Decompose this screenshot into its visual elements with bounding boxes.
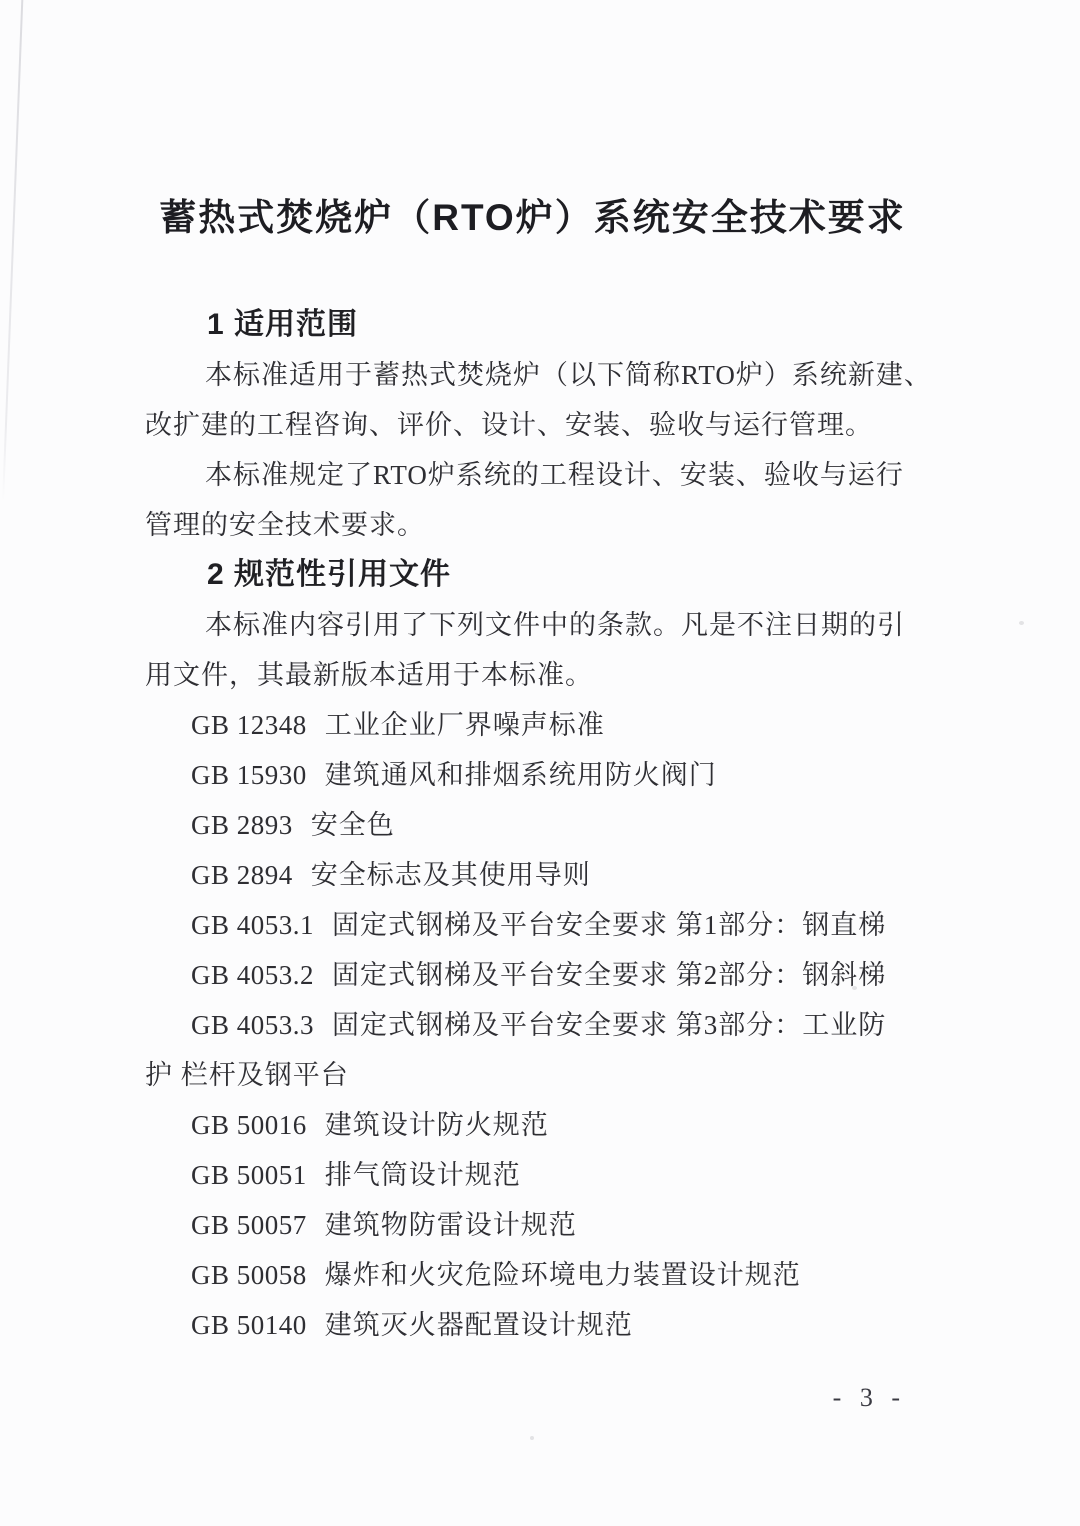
reference-code: GB 2894 [191, 860, 293, 890]
document-page: 蓄热式焚烧炉（RTO炉）系统安全技术要求 1 适用范围 本标准适用于蓄热式焚烧炉… [0, 0, 1080, 1526]
reference-name: 固定式钢梯及平台安全要求 第2部分：钢斜梯 [332, 960, 886, 990]
reference-code: GB 50016 [191, 1110, 307, 1140]
document-title: 蓄热式焚烧炉（RTO炉）系统安全技术要求 [145, 188, 920, 248]
reference-code: GB 15930 [191, 760, 307, 790]
reference-code: GB 4053.3 [191, 1010, 314, 1040]
reference-item: GB 50016建筑设计防火规范 [145, 1100, 920, 1150]
section-1-heading: 1 适用范围 [145, 300, 920, 350]
reference-item: GB 12348工业企业厂界噪声标准 [145, 700, 920, 750]
reference-code: GB 4053.2 [191, 960, 314, 990]
section-2-paragraph-1-line-1: 本标准内容引用了下列文件中的条款。凡是不注日期的引 [145, 600, 920, 650]
reference-code: GB 4053.1 [191, 910, 314, 940]
reference-code: GB 50051 [191, 1160, 307, 1190]
section-1-paragraph-2-line-2: 管理的安全技术要求。 [145, 500, 920, 550]
reference-name: 固定式钢梯及平台安全要求 第3部分：工业防 [332, 1010, 886, 1040]
reference-name: 建筑灭火器配置设计规范 [325, 1310, 633, 1340]
scan-speck [1019, 621, 1024, 625]
reference-name: 建筑设计防火规范 [325, 1110, 549, 1140]
reference-item: GB 50057建筑物防雷设计规范 [145, 1200, 920, 1250]
reference-name: 安全色 [311, 810, 395, 840]
section-2-heading: 2 规范性引用文件 [145, 550, 920, 600]
reference-name: 建筑物防雷设计规范 [325, 1210, 577, 1240]
reference-item: GB 2893安全色 [145, 800, 920, 850]
page-number: - 3 - [145, 1378, 920, 1418]
reference-item: GB 50140建筑灭火器配置设计规范 [145, 1300, 920, 1350]
reference-code: GB 12348 [191, 710, 307, 740]
reference-name: 排气筒设计规范 [325, 1160, 521, 1190]
scan-speck [852, 986, 857, 990]
reference-item: GB 4053.3固定式钢梯及平台安全要求 第3部分：工业防 [145, 1000, 920, 1050]
reference-code: GB 50140 [191, 1310, 307, 1340]
reference-name: 工业企业厂界噪声标准 [325, 710, 605, 740]
reference-name: 安全标志及其使用导则 [311, 860, 591, 890]
reference-item: GB 4053.2固定式钢梯及平台安全要求 第2部分：钢斜梯 [145, 950, 920, 1000]
reference-item: GB 50058爆炸和火灾危险环境电力装置设计规范 [145, 1250, 920, 1300]
section-1-paragraph-1-line-1: 本标准适用于蓄热式焚烧炉（以下简称RTO炉）系统新建、 [145, 350, 920, 400]
reference-item: GB 15930建筑通风和排烟系统用防火阀门 [145, 750, 920, 800]
scan-edge-artifact [2, 0, 24, 502]
reference-name: 建筑通风和排烟系统用防火阀门 [325, 760, 717, 790]
reference-code: GB 50057 [191, 1210, 307, 1240]
section-2-paragraph-1-line-2: 用文件，其最新版本适用于本标准。 [145, 650, 920, 700]
reference-item: GB 4053.1固定式钢梯及平台安全要求 第1部分：钢直梯 [145, 900, 920, 950]
reference-item: GB 2894安全标志及其使用导则 [145, 850, 920, 900]
section-1-paragraph-1-line-2: 改扩建的工程咨询、评价、设计、安装、验收与运行管理。 [145, 400, 920, 450]
reference-code: GB 2893 [191, 810, 293, 840]
reference-item: GB 50051排气筒设计规范 [145, 1150, 920, 1200]
reference-name: 固定式钢梯及平台安全要求 第1部分：钢直梯 [332, 910, 886, 940]
section-1-paragraph-2-line-1: 本标准规定了RTO炉系统的工程设计、安装、验收与运行 [145, 450, 920, 500]
reference-code: GB 50058 [191, 1260, 307, 1290]
scan-speck [530, 1436, 534, 1440]
reference-item-continuation: 护 栏杆及钢平台 [145, 1050, 920, 1100]
reference-name: 爆炸和火灾危险环境电力装置设计规范 [325, 1260, 801, 1290]
